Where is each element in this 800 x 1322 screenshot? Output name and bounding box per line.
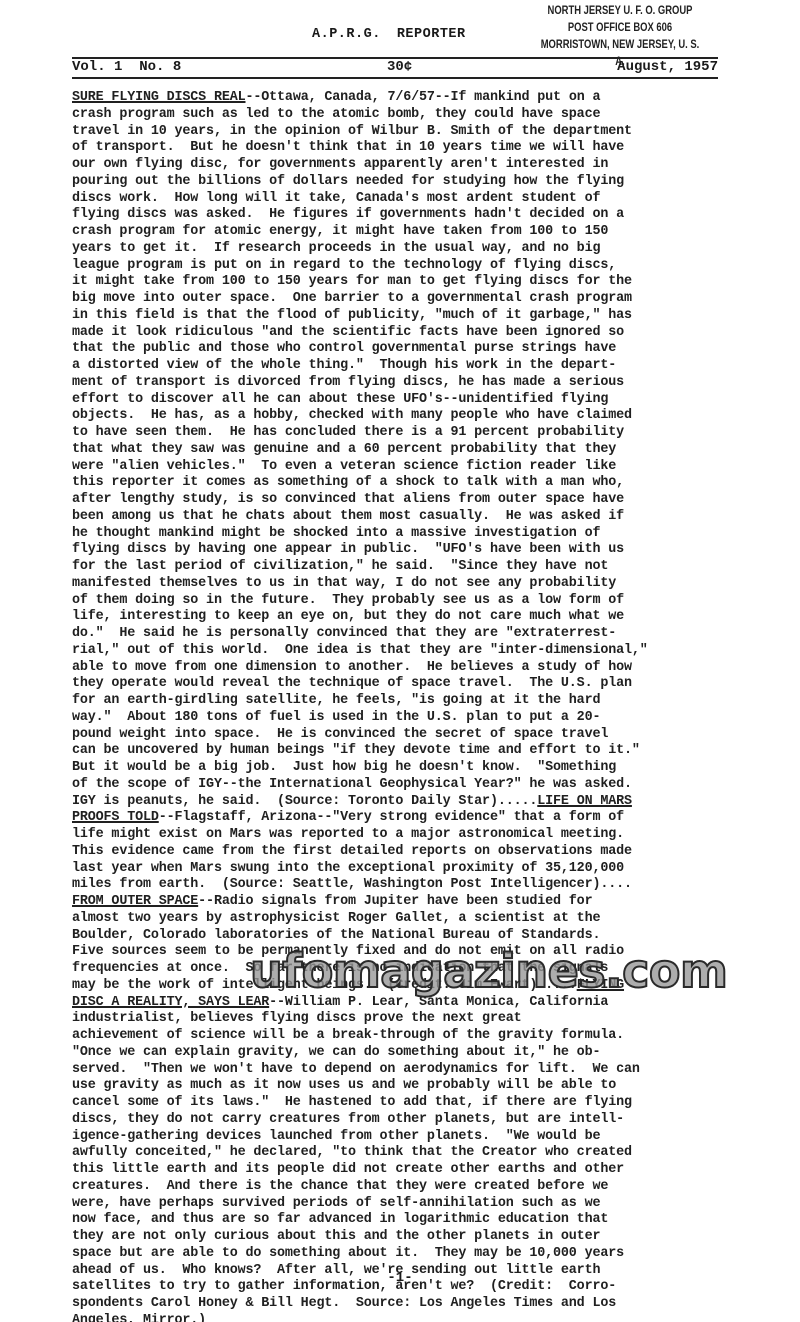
article-headline: LIFE ON MARS [537, 794, 632, 809]
issue-info: Vol. 1 No. 8 30¢ August, 1957 [72, 59, 718, 77]
article-headline: SURE FLYING DISCS REAL [72, 90, 246, 105]
stamp-line: NORTH JERSEY U. F. O. GROUP [538, 3, 702, 20]
article-body: SURE FLYING DISCS REAL--Ottawa, Canada, … [72, 90, 732, 1322]
header-rule-bottom [72, 77, 718, 79]
issue-date: August, 1957 [617, 59, 718, 75]
page-number: -1- [0, 1270, 800, 1286]
article-headline: FROM OUTER SPACE [72, 894, 198, 909]
watermark: ufomagazines.com [250, 948, 727, 994]
article-headline: PROOFS TOLD [72, 810, 159, 825]
issue-volume: Vol. 1 No. 8 [72, 59, 181, 75]
newsletter-title: A.P.R.G.REPORTER [312, 27, 466, 42]
title-word: REPORTER [397, 27, 466, 42]
issue-price: 30¢ [387, 59, 412, 75]
stamp-line: POST OFFICE BOX 606 [538, 20, 702, 37]
title-acronym: A.P.R.G. [312, 27, 381, 42]
article-headline: DISC A REALITY, SAYS LEAR [72, 995, 269, 1010]
